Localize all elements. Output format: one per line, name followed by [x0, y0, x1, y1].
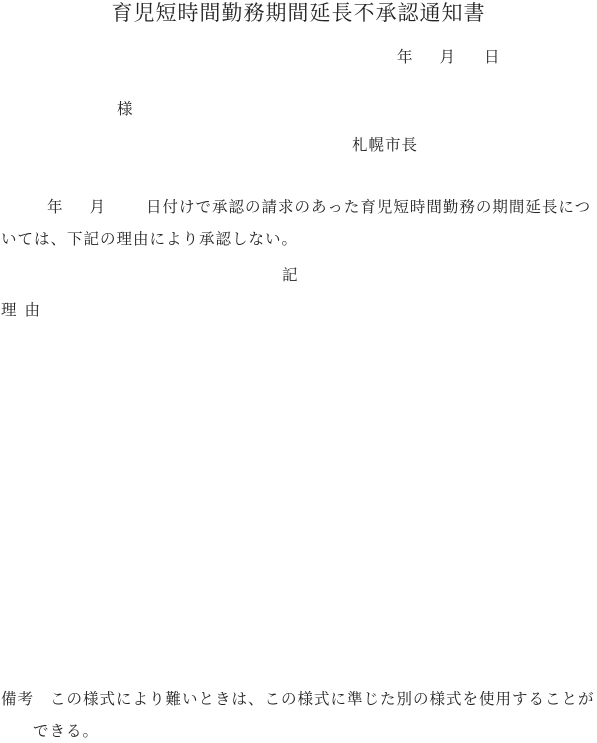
addressee-honorific: 様 — [117, 102, 134, 118]
request-date-month-label: 月 — [90, 199, 107, 216]
document-page: 育児短時間勤務期間延長不承認通知書 年月日 様 札幌市長 年月日付けで承認の請求… — [0, 0, 597, 743]
page-title: 育児短時間勤務期間延長不承認通知書 — [0, 3, 597, 24]
issue-date-month-label: 月 — [440, 49, 457, 66]
body-paragraph-line-1: 年月日付けで承認の請求のあった育児短時間勤務の期間延長につ — [47, 200, 591, 216]
request-date-year-label: 年 — [47, 199, 64, 216]
remarks-note-line-2: できる。 — [33, 724, 99, 740]
remarks-note-line-1: 備考この様式により難いときは、この様式に準じた別の様式を使用することが — [1, 692, 595, 708]
remarks-text: この様式により難いときは、この様式に準じた別の様式を使用することが — [50, 691, 595, 708]
issue-date-year-label: 年 — [397, 49, 414, 66]
reason-label: 理由 — [1, 303, 48, 319]
body-paragraph-line-2: いては、下記の理由により承認しない。 — [1, 232, 298, 248]
record-heading: 記 — [282, 268, 299, 284]
remarks-label: 備考 — [1, 691, 34, 708]
issue-date-line: 年月日 — [397, 50, 501, 66]
body-paragraph-text: 日付けで承認の請求のあった育児短時間勤務の期間延長につ — [146, 199, 591, 216]
sender-title: 札幌市長 — [352, 138, 418, 154]
issue-date-day-label: 日 — [484, 49, 501, 66]
